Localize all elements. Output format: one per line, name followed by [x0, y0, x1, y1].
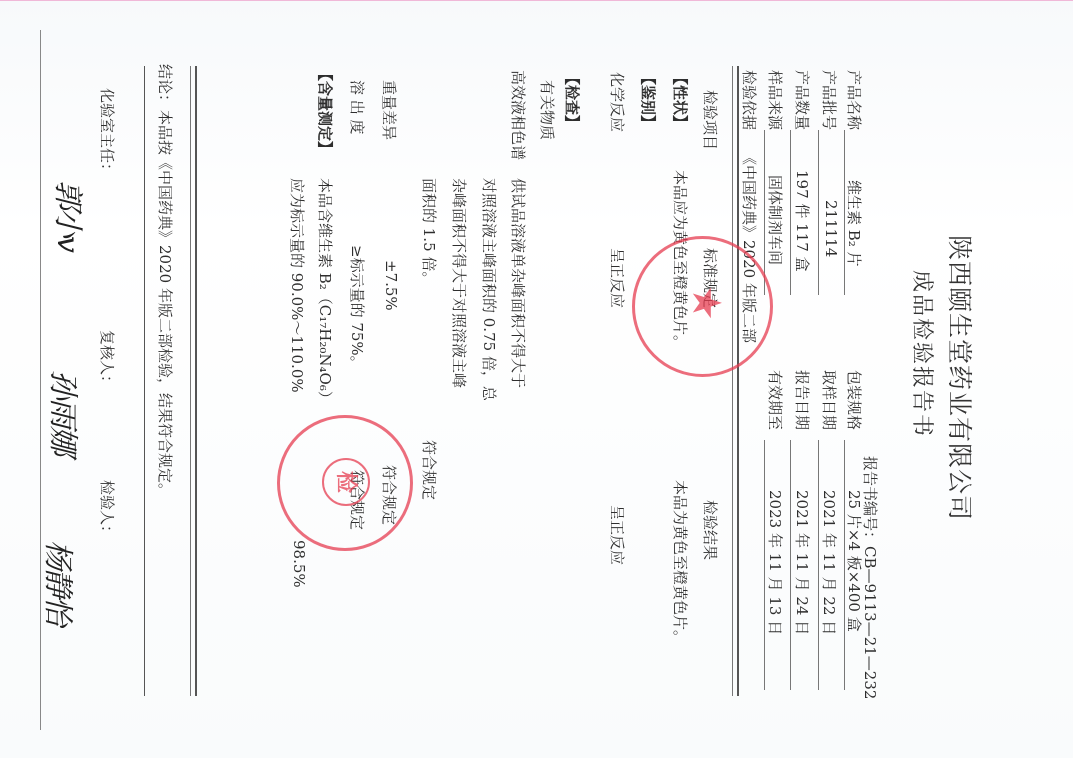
- expiry-value: 2023 年 11 月 13 日: [765, 490, 786, 635]
- table-top-rule: [732, 66, 739, 696]
- row-standard-line: 供试品溶液单杂峰面积不得大于: [508, 178, 529, 388]
- row-standard-line: 对照溶液主峰面积的 0.75 倍，总: [479, 178, 500, 401]
- row-standard-line: 杂峰面积不得大于对照溶液主峰: [449, 178, 470, 388]
- row-item: 【检查】: [562, 70, 583, 130]
- underline: [844, 440, 845, 690]
- underline: [818, 440, 819, 690]
- row-result: 呈正反应: [607, 505, 628, 565]
- official-seal-stamp: ★: [632, 236, 773, 377]
- row-item: 【性状】: [670, 70, 691, 130]
- underline: [764, 130, 765, 295]
- product-name-label: 产品名称: [844, 70, 865, 130]
- package-label: 包装规格: [844, 370, 865, 430]
- column-header-item: 检验项目: [700, 90, 721, 150]
- lab-director-label: 化验室主任：: [97, 88, 118, 178]
- row-standard-line: 本品含维生素 B₂（C₁₇H₂₀N₄O₆）: [315, 178, 336, 406]
- row-result: 符合规定: [419, 440, 440, 500]
- package-value: 25 片×4 板×400 盒: [844, 490, 865, 632]
- reviewer-signature: 孙雨娜: [44, 370, 88, 454]
- underline: [818, 130, 819, 295]
- star-icon: ★: [686, 285, 726, 321]
- row-item: 【鉴别】: [638, 70, 659, 130]
- quality-inspection-seal: 检: [277, 415, 413, 551]
- expiry-label: 有效期至: [765, 370, 786, 430]
- company-name: 陕西颐生堂药业有限公司: [943, 235, 979, 521]
- reviewer-label: 复核人：: [97, 330, 118, 390]
- batch-value: 211114: [822, 200, 840, 257]
- underline: [790, 130, 791, 295]
- conclusion-label: 结论：: [155, 64, 176, 109]
- row-standard-line: 面积的 1.5 倍。: [419, 178, 440, 286]
- sample-date-label: 取样日期: [819, 370, 840, 430]
- row-item: 溶 出 度: [347, 80, 368, 135]
- conclusion-rule: [144, 66, 145, 696]
- row-standard: ±7.5%: [382, 260, 400, 311]
- conclusion-text: 本品按《中国药典》2020 年版二部检验，结果符合规定。: [155, 110, 176, 498]
- quantity-value: 197 件 117 盒: [792, 170, 813, 272]
- product-name-value: 维生素 B₂ 片: [844, 180, 865, 267]
- row-standard: 呈正反应: [607, 248, 628, 308]
- seal-center-mark: 检: [322, 458, 370, 506]
- report-date-value: 2021 年 11 月 24 日: [792, 490, 813, 635]
- underline: [790, 440, 791, 690]
- page-bottom-rule: [40, 30, 41, 730]
- sample-date-value: 2021 年 11 月 22 日: [819, 490, 840, 635]
- inspector-label: 检验人：: [97, 480, 118, 540]
- row-result: 98.5%: [290, 540, 308, 588]
- column-header-result: 检验结果: [700, 500, 721, 560]
- inspection-report-page: 陕西颐生堂药业有限公司 成品检验报告书 报告书编号：CB—9113—21—232…: [0, 0, 1073, 758]
- row-item: 重量差异: [379, 80, 400, 140]
- source-label: 样品来源: [765, 70, 786, 130]
- report-date-label: 报告日期: [792, 370, 813, 430]
- source-value: 固体制剂车间: [765, 175, 786, 265]
- row-item: 高效液相色谱: [508, 70, 529, 160]
- batch-label: 产品批号: [819, 70, 840, 130]
- row-item: 有关物质: [537, 80, 558, 140]
- underline: [764, 440, 765, 690]
- row-standard-line: 应为标示量的 90.0%～110.0%: [287, 178, 308, 393]
- lab-director-signature: 郭小v: [49, 180, 93, 251]
- underline: [844, 130, 845, 295]
- table-bottom-rule: [190, 66, 197, 696]
- inspector-signature: 杨静怡: [39, 540, 83, 624]
- scan-edge-line: [0, 0, 1073, 1]
- quantity-label: 产品数量: [792, 70, 813, 130]
- row-result: 本品为黄色至橙黄色片。: [670, 480, 691, 645]
- basis-label: 检验依据: [739, 70, 760, 130]
- row-standard: ≥标示量的 75%。: [347, 245, 368, 371]
- row-item: 化学反应: [607, 72, 628, 132]
- row-item: 【含量测定】: [315, 66, 336, 156]
- report-title: 成品检验报告书: [908, 270, 939, 438]
